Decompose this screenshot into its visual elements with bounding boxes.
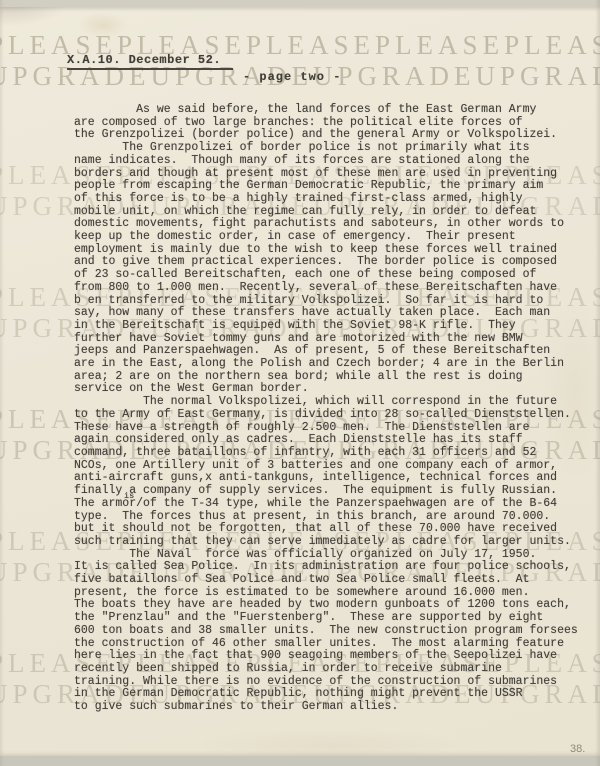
watermark-word: PLEASE (246, 30, 375, 61)
watermark-word: UPGRADE (476, 61, 600, 92)
scanned-document-page: PLEASEPLEASEPLEASEPLEASEPLEASE UPGRADEUP… (0, 0, 600, 766)
scan-edge-top (0, 0, 600, 7)
paragraph-volkspolizei: The normal Volkspolizei, which will corr… (74, 396, 589, 548)
page-number: 38. (570, 743, 585, 755)
paragraph-naval-force: The Naval force was officially organized… (74, 549, 589, 714)
document-reference: X.A.10. December 52. (67, 53, 233, 70)
typed-insertion-is: is (124, 492, 134, 500)
paragraph-land-forces: As we said before, the land forces of th… (74, 104, 589, 142)
scan-edge-left (0, 0, 4, 766)
page-label: - page two - (243, 70, 341, 84)
scan-edge-bottom (0, 756, 600, 766)
document-body: As we said before, the land forces of th… (74, 104, 589, 714)
paper-stain (78, 12, 128, 38)
watermark-word: PLEASE (375, 30, 504, 61)
scan-edge-right (595, 0, 600, 766)
paragraph-grenzpolizei: The Grenzpolizei of border police is not… (74, 142, 589, 396)
watermark-word: PLEASE (504, 30, 600, 61)
